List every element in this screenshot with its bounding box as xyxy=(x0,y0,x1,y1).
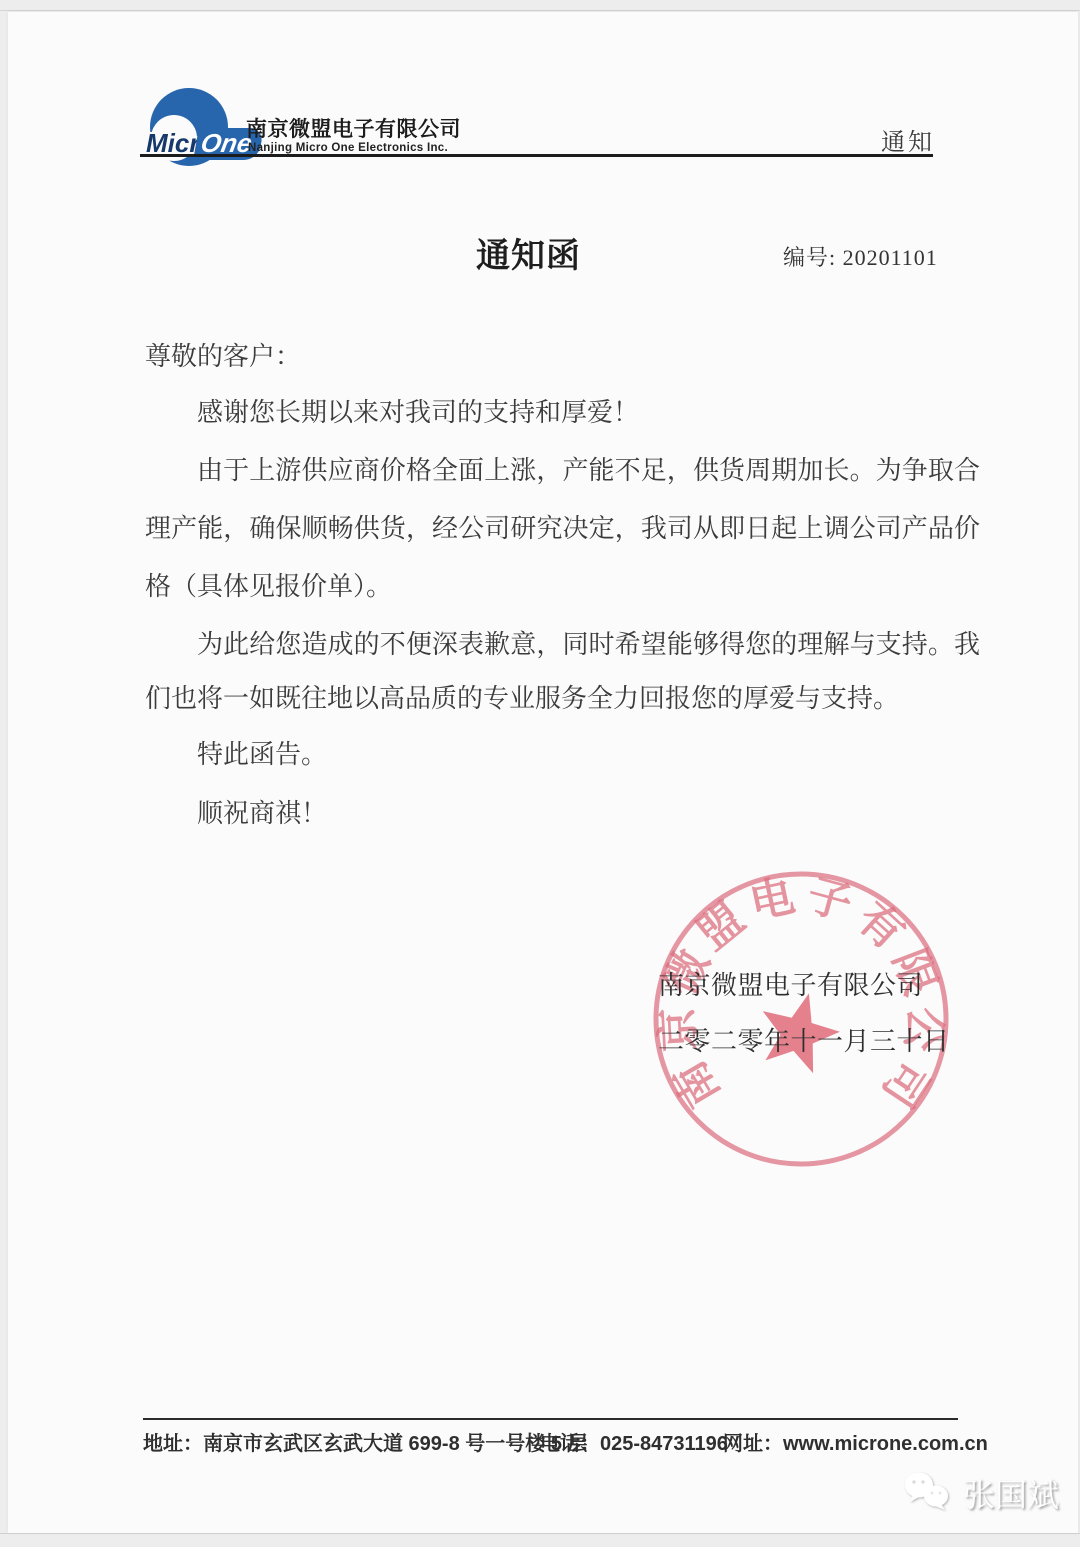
document-page: MicrOne 南京微盟电子有限公司 Nanjing Micro One Ele… xyxy=(8,12,1078,1533)
screenshot-canvas: MicrOne 南京微盟电子有限公司 Nanjing Micro One Ele… xyxy=(0,0,1080,1547)
body-line: 们也将一如既往地以高品质的专业服务全力回报您的厚爱与支持。 xyxy=(145,683,899,714)
signature-date: 二零二零年十一月三十日 xyxy=(658,1021,950,1058)
footer-website: 网址：www.microne.com.cn xyxy=(723,1427,988,1456)
doc-type-label: 通知 xyxy=(881,122,935,157)
company-name-english: Nanjing Micro One Electronics Inc. xyxy=(248,142,448,154)
body-line: 理产能，确保顺畅供货，经公司研究决定，我司从即日起上调公司产品价 xyxy=(145,513,980,544)
body-line: 顺祝商祺！ xyxy=(197,798,327,829)
footer-address: 地址：南京市玄武区玄武大道 699-8 号一号楼 5 层 xyxy=(143,1427,588,1456)
top-divider xyxy=(0,10,1080,11)
company-seal-stamp-icon: 南京微盟电子有限公司 xyxy=(650,862,952,1178)
page-title: 通知函 xyxy=(476,228,581,277)
bottom-divider xyxy=(0,1533,1080,1534)
reference-number: 编号: 20201101 xyxy=(783,241,938,272)
signature-company: 南京微盟电子有限公司 xyxy=(658,965,923,1002)
author-watermark: 张国斌 xyxy=(903,1470,1059,1516)
footer-rule xyxy=(143,1418,958,1420)
body-line: 特此函告。 xyxy=(197,739,327,770)
body-line: 为此给您造成的不便深表歉意，同时希望能够得您的理解与支持。我 xyxy=(197,629,980,660)
letterhead-rule xyxy=(140,154,933,157)
body-line: 感谢您长期以来对我司的支持和厚爱！ xyxy=(197,397,639,428)
body-line: 格（具体见报价单）。 xyxy=(145,571,392,602)
watermark-name: 张国斌 xyxy=(963,1470,1059,1516)
body-line: 由于上游供应商价格全面上涨，产能不足，供货周期加长。为争取合 xyxy=(197,455,980,486)
company-name-chinese: 南京微盟电子有限公司 xyxy=(246,113,461,143)
footer-phone: 电话：025-84731196 xyxy=(540,1427,728,1456)
wechat-icon xyxy=(903,1470,955,1516)
salutation-line: 尊敬的客户： xyxy=(145,341,301,372)
